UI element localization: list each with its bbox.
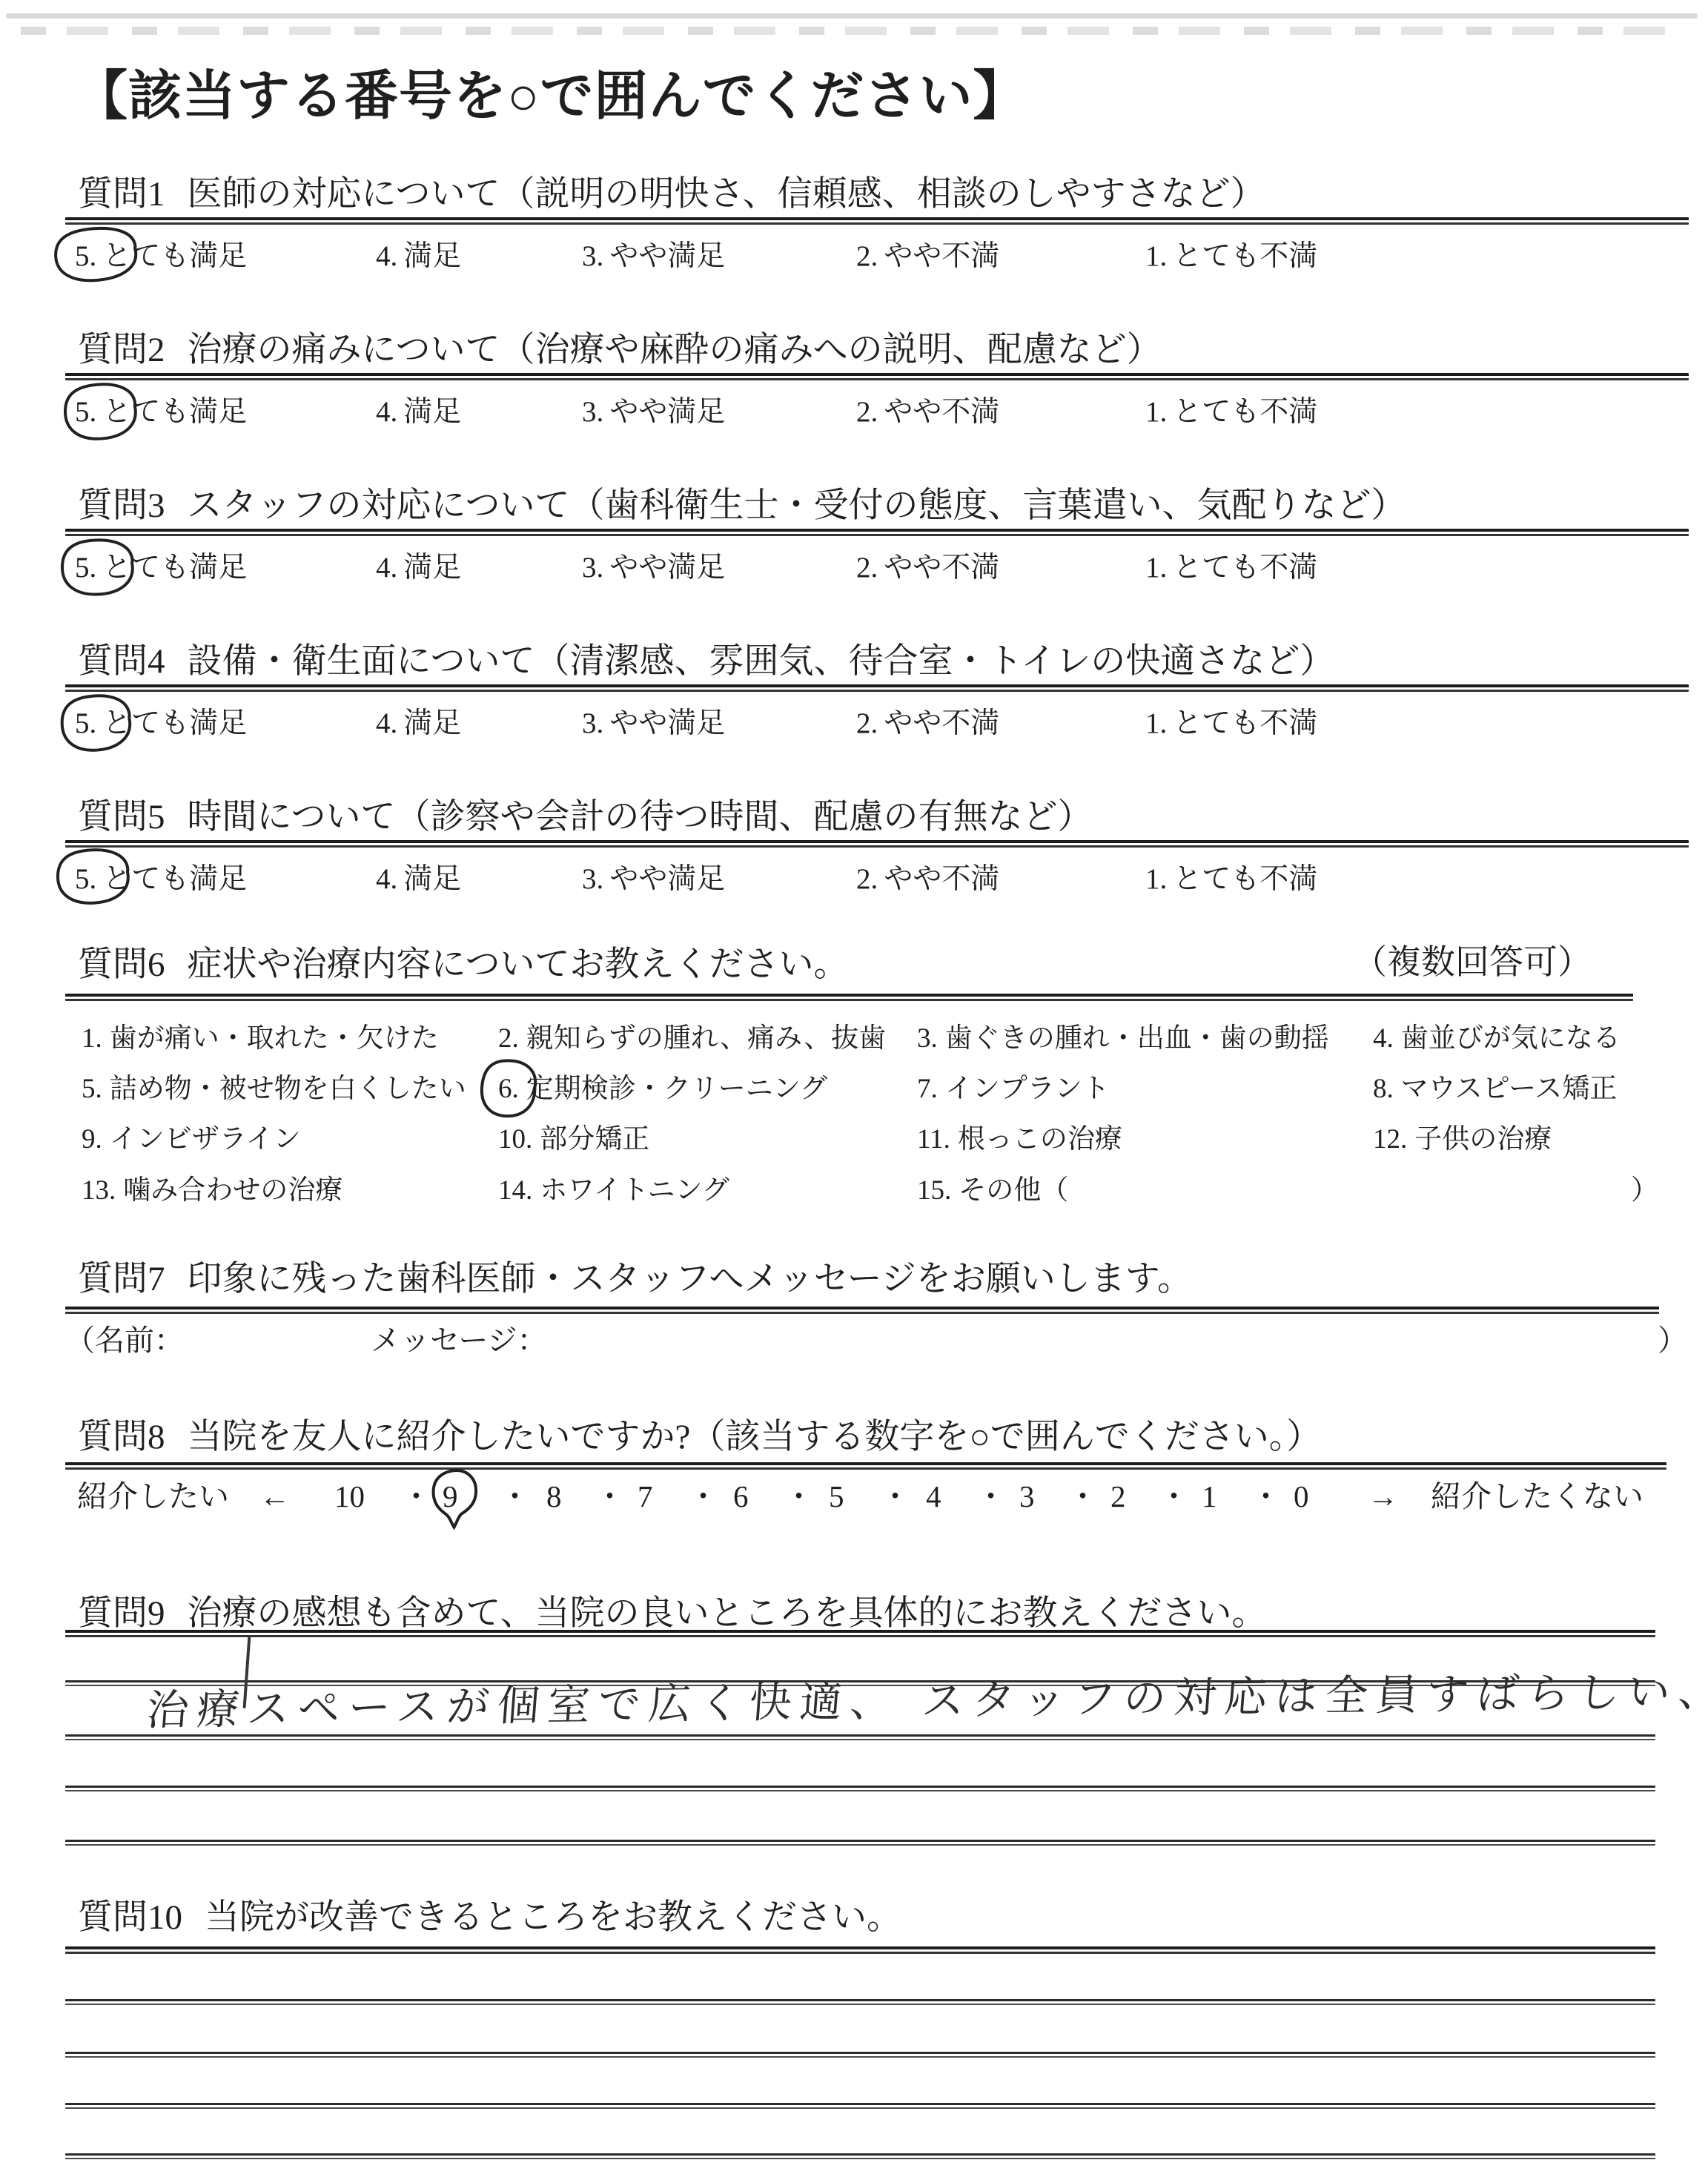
rating-option: 1.とても不満 [1145, 707, 1317, 740]
q5-heading: 質問5時間について（診察や会計の待つ時間、配慮の有無など） [78, 798, 1093, 837]
rating-option-label: やや不満 [884, 396, 999, 428]
rating-option: 2.やや不満 [856, 863, 999, 896]
q1-selected-circle-mark [47, 222, 147, 288]
treatment-option-label: ホワイトニング [540, 1175, 729, 1206]
treatment-option-number: 3. [917, 1023, 938, 1054]
treatment-option-number: 8. [1373, 1074, 1394, 1104]
q6-heading-underline [65, 994, 1633, 1001]
treatment-option-label: 噛み合わせの治療 [123, 1175, 342, 1206]
nps-left-label: 紹介したい [77, 1480, 229, 1514]
rating-option-label: とても不満 [1173, 552, 1317, 584]
q3-heading: 質問3スタッフの対応について（歯科衛生士・受付の態度、言葉遣い、気配りなど） [78, 486, 1406, 526]
treatment-option: 2.親知らずの腫れ、痛み、抜歯 [498, 1023, 886, 1054]
rating-option-number: 2. [856, 552, 878, 584]
rating-option-label: やや満足 [609, 240, 725, 272]
treatment-option-number: 7. [917, 1074, 938, 1104]
rating-option-number: 2. [856, 396, 878, 428]
nps-number: 5 [829, 1480, 844, 1514]
q6-selected-circle-mark [474, 1053, 545, 1125]
q2-heading: 質問2治療の痛みについて（治療や麻酔の痛みへの説明、配慮など） [78, 331, 1162, 370]
dot-separator: ・ [688, 1480, 718, 1514]
q7-heading: 質問7印象に残った歯科医師・スタッフへメッセージをお願いします。 [78, 1260, 1192, 1299]
q4-title: 設備・衛生面について（清潔感、雰囲気、待合室・トイレの快適さなど） [188, 642, 1335, 681]
rating-option-number: 4. [376, 396, 397, 428]
rating-option-number: 2. [856, 240, 878, 272]
treatment-option-label: 歯が痛い・取れた・欠けた [110, 1023, 439, 1054]
treatment-option: 7.インプラント [917, 1074, 1110, 1104]
rating-option-number: 3. [582, 863, 603, 895]
survey-scan-page: 【該当する番号を○で囲んでください】 質問1医師の対応について（説明の明快さ、信… [0, 0, 1708, 2160]
rating-option-number: 4. [376, 552, 397, 584]
rating-option-number: 4. [376, 240, 397, 272]
rating-option: 2.やや不満 [856, 707, 999, 740]
rating-option-label: 満足 [403, 863, 461, 895]
rating-option-label: とても不満 [1173, 240, 1317, 272]
writing-line [65, 1999, 1655, 2005]
q3-number: 質問3 [78, 486, 165, 525]
q9-handwritten-answer: 治療スペースが個室で広く快適、 スタッフの対応は全員すばらしい、 [145, 1668, 1708, 1735]
rating-option: 4.満足 [376, 707, 461, 740]
dot-separator: ・ [595, 1480, 625, 1514]
q6-other-close-paren: ） [1631, 1175, 1658, 1206]
treatment-option-label: 親知らずの腫れ、痛み、抜歯 [526, 1023, 886, 1054]
treatment-option-number: 11. [917, 1124, 950, 1155]
treatment-option-number: 10. [498, 1124, 532, 1155]
treatment-option-number: 9. [82, 1124, 102, 1155]
treatment-option: 4.歯並びが気になる [1373, 1023, 1621, 1054]
dot-separator: ・ [1251, 1480, 1281, 1514]
writing-line [65, 1734, 1655, 1740]
treatment-option: 8.マウスピース矯正 [1373, 1074, 1617, 1104]
treatment-option-number: 15. [917, 1175, 951, 1206]
dot-separator: ・ [784, 1480, 814, 1514]
rating-option: 2.やや不満 [856, 552, 999, 584]
nps-number: 1 [1202, 1480, 1217, 1514]
rating-option-number: 3. [582, 396, 603, 428]
rating-option-number: 1. [1145, 396, 1167, 428]
treatment-option-number: 13. [82, 1175, 116, 1206]
q4-heading-underline [65, 684, 1689, 692]
treatment-option-label: 詰め物・被せ物を白くしたい [110, 1074, 466, 1104]
q5-number: 質問5 [78, 798, 165, 836]
treatment-option: 9.インビザライン [82, 1124, 301, 1155]
writing-line [65, 2103, 1655, 2109]
writing-line [65, 2052, 1655, 2058]
rating-option-number: 1. [1145, 707, 1167, 739]
name-field-label: （名前： [65, 1324, 184, 1357]
left-arrow-icon: ← [259, 1480, 290, 1514]
treatment-option: 14.ホワイトニング [498, 1175, 729, 1206]
q3-heading-underline [65, 529, 1689, 536]
treatment-option-label: その他（ [959, 1175, 1068, 1206]
rating-option: 1.とても不満 [1145, 863, 1317, 896]
treatment-option-number: 1. [82, 1023, 102, 1054]
writing-line [65, 1840, 1655, 1846]
q4-selected-circle-mark [56, 690, 139, 756]
dot-separator: ・ [500, 1480, 530, 1514]
q10-heading: 質問10当院が改善できるところをお教えください。 [78, 1898, 901, 1938]
rating-option-label: やや不満 [884, 863, 999, 895]
q8-number: 質問8 [78, 1418, 165, 1456]
q6-number: 質問6 [78, 945, 165, 984]
writing-line [65, 1786, 1655, 1791]
rating-option-label: とても不満 [1173, 396, 1317, 428]
dot-separator: ・ [880, 1480, 910, 1514]
nps-number: 8 [546, 1480, 562, 1514]
treatment-option: 13.噛み合わせの治療 [82, 1175, 342, 1206]
rating-option-number: 4. [376, 863, 397, 895]
rating-option: 4.満足 [376, 240, 461, 273]
treatment-option-label: インプラント [945, 1074, 1110, 1104]
page-title: 【該当する番号を○で囲んでください】 [74, 67, 1027, 127]
nps-number: 6 [733, 1480, 749, 1514]
q4-heading: 質問4設備・衛生面について（清潔感、雰囲気、待合室・トイレの快適さなど） [78, 642, 1334, 681]
rating-option-label: やや満足 [609, 863, 725, 895]
rating-option-number: 4. [376, 707, 397, 739]
rating-option-number: 2. [856, 863, 878, 895]
treatment-option-number: 14. [498, 1175, 532, 1206]
treatment-option-label: 定期検診・クリーニング [526, 1074, 827, 1104]
rating-option-label: 満足 [403, 552, 461, 584]
q8-heading: 質問8当院を友人に紹介したいですか?（該当する数字を○で囲んでください。） [78, 1418, 1321, 1457]
rating-option-label: やや不満 [884, 240, 999, 272]
rating-option: 3.やや満足 [582, 863, 725, 896]
treatment-option: 15.その他（ [917, 1175, 1068, 1206]
treatment-option: 10.部分矯正 [498, 1124, 649, 1155]
q9-number: 質問9 [78, 1594, 165, 1633]
treatment-option-label: マウスピース矯正 [1401, 1074, 1618, 1104]
treatment-option: 11.根っこの治療 [917, 1124, 1122, 1155]
rating-option-label: とても不満 [1173, 863, 1317, 895]
treatment-option: 12.子供の治療 [1373, 1124, 1552, 1155]
q7-close-paren: ） [1658, 1324, 1687, 1358]
rating-option-label: 満足 [403, 396, 461, 428]
treatment-option: 6.定期検診・クリーニング [498, 1074, 827, 1104]
dot-separator: ・ [1159, 1480, 1189, 1514]
treatment-option-label: 根っこの治療 [958, 1124, 1122, 1155]
q7-answer-row: （名前：メッセージ：） [65, 1324, 1666, 1358]
rating-option: 1.とても不満 [1145, 552, 1317, 584]
rating-option-number: 2. [856, 707, 878, 739]
treatment-option-number: 12. [1373, 1124, 1407, 1155]
rating-option: 2.やや不満 [856, 396, 999, 429]
q2-title: 治療の痛みについて（治療や麻酔の痛みへの説明、配慮など） [188, 331, 1162, 369]
q1-heading: 質問1医師の対応について（説明の明快さ、信頼感、相談のしやすさなど） [78, 175, 1265, 214]
rating-option-number: 1. [1145, 863, 1167, 895]
q6-note-multiple-answers: （複数回答可） [1353, 943, 1592, 982]
treatment-option-label: インビザライン [110, 1124, 301, 1155]
rating-option-number: 3. [582, 707, 603, 739]
nps-number: 0 [1294, 1480, 1309, 1514]
treatment-option-number: 4. [1373, 1023, 1394, 1054]
q10-title: 当院が改善できるところをお教えください。 [205, 1898, 901, 1937]
treatment-option-label: 歯ぐきの腫れ・出血・歯の動揺 [945, 1023, 1329, 1054]
q9-title: 治療の感想も含めて、当院の良いところを具体的にお教えください。 [188, 1594, 1267, 1633]
q8-heading-underline [65, 1462, 1666, 1470]
rating-option: 3.やや満足 [582, 396, 725, 429]
q1-heading-underline [65, 217, 1689, 225]
treatment-option: 1.歯が痛い・取れた・欠けた [82, 1023, 439, 1054]
rating-option-label: やや満足 [609, 707, 725, 739]
q2-selected-circle-mark [59, 378, 145, 445]
message-field-label: メッセージ： [371, 1324, 547, 1358]
nps-number: 7 [638, 1480, 653, 1514]
nps-right-label: 紹介したくない [1431, 1480, 1644, 1514]
rating-option-number: 3. [582, 552, 603, 584]
q6-heading: 質問6症状や治療内容についてお教えください。 [78, 945, 849, 985]
right-arrow-icon: → [1368, 1480, 1398, 1514]
nps-number: 10 [334, 1480, 365, 1514]
rating-option-label: 満足 [403, 707, 461, 739]
rating-option: 3.やや満足 [582, 240, 725, 273]
rating-option-number: 1. [1145, 240, 1167, 272]
rating-option: 2.やや不満 [856, 240, 999, 273]
rating-option: 4.満足 [376, 396, 461, 429]
rating-option: 4.満足 [376, 863, 461, 896]
q5-heading-underline [65, 840, 1689, 848]
q1-number: 質問1 [78, 175, 165, 214]
nps-number: 2 [1110, 1480, 1126, 1514]
q4-number: 質問4 [78, 642, 165, 681]
treatment-option-number: 5. [82, 1074, 102, 1104]
q3-title: スタッフの対応について（歯科衛生士・受付の態度、言葉遣い、気配りなど） [188, 486, 1406, 525]
q9-heading-underline [65, 1630, 1655, 1637]
rating-option-number: 1. [1145, 552, 1167, 584]
dot-separator: ・ [1067, 1480, 1098, 1514]
scan-artifact-dashes [21, 27, 1684, 35]
treatment-option: 3.歯ぐきの腫れ・出血・歯の動揺 [917, 1023, 1329, 1054]
rating-option-label: 満足 [403, 240, 461, 272]
q9-heading: 質問9治療の感想も含めて、当院の良いところを具体的にお教えください。 [78, 1594, 1267, 1634]
treatment-option-label: 子供の治療 [1414, 1124, 1552, 1155]
q7-number: 質問7 [78, 1260, 165, 1298]
q5-selected-circle-mark [51, 845, 136, 908]
rating-option: 1.とても不満 [1145, 396, 1317, 429]
q5-title: 時間について（診察や会計の待つ時間、配慮の有無など） [188, 798, 1093, 836]
nps-number: 4 [926, 1480, 941, 1514]
q7-title: 印象に残った歯科医師・スタッフへメッセージをお願いします。 [188, 1260, 1192, 1298]
treatment-option-label: 歯並びが気になる [1401, 1023, 1621, 1054]
q1-title: 医師の対応について（説明の明快さ、信頼感、相談のしやすさなど） [188, 175, 1265, 214]
rating-option: 1.とても不満 [1145, 240, 1317, 273]
rating-option-label: やや満足 [609, 552, 725, 584]
writing-line [65, 2153, 1655, 2159]
nps-number: 3 [1019, 1480, 1035, 1514]
rating-option: 3.やや満足 [582, 552, 725, 584]
treatment-option-label: 部分矯正 [540, 1124, 649, 1155]
q8-selected-circle-mark [423, 1466, 486, 1532]
dot-separator: ・ [976, 1480, 1006, 1514]
q8-title: 当院を友人に紹介したいですか?（該当する数字を○で囲んでください。） [188, 1418, 1322, 1456]
q10-number: 質問10 [78, 1898, 182, 1937]
rating-option-label: やや不満 [884, 552, 999, 584]
rating-option-label: やや満足 [609, 396, 725, 428]
treatment-option-number: 2. [498, 1023, 519, 1054]
rating-option: 4.満足 [376, 552, 461, 584]
scan-artifact-top-edge [6, 13, 1698, 19]
q6-title: 症状や治療内容についてお教えください。 [188, 945, 849, 984]
treatment-option: 5.詰め物・被せ物を白くしたい [82, 1074, 466, 1104]
rating-option-label: とても不満 [1173, 707, 1317, 739]
q3-selected-circle-mark [56, 535, 141, 599]
rating-option-number: 3. [582, 240, 603, 272]
q2-heading-underline [65, 373, 1689, 380]
q10-heading-underline [65, 1946, 1655, 1954]
q2-number: 質問2 [78, 331, 165, 369]
rating-option-label: やや不満 [884, 707, 999, 739]
rating-option: 3.やや満足 [582, 707, 725, 740]
q7-heading-underline [65, 1307, 1659, 1314]
